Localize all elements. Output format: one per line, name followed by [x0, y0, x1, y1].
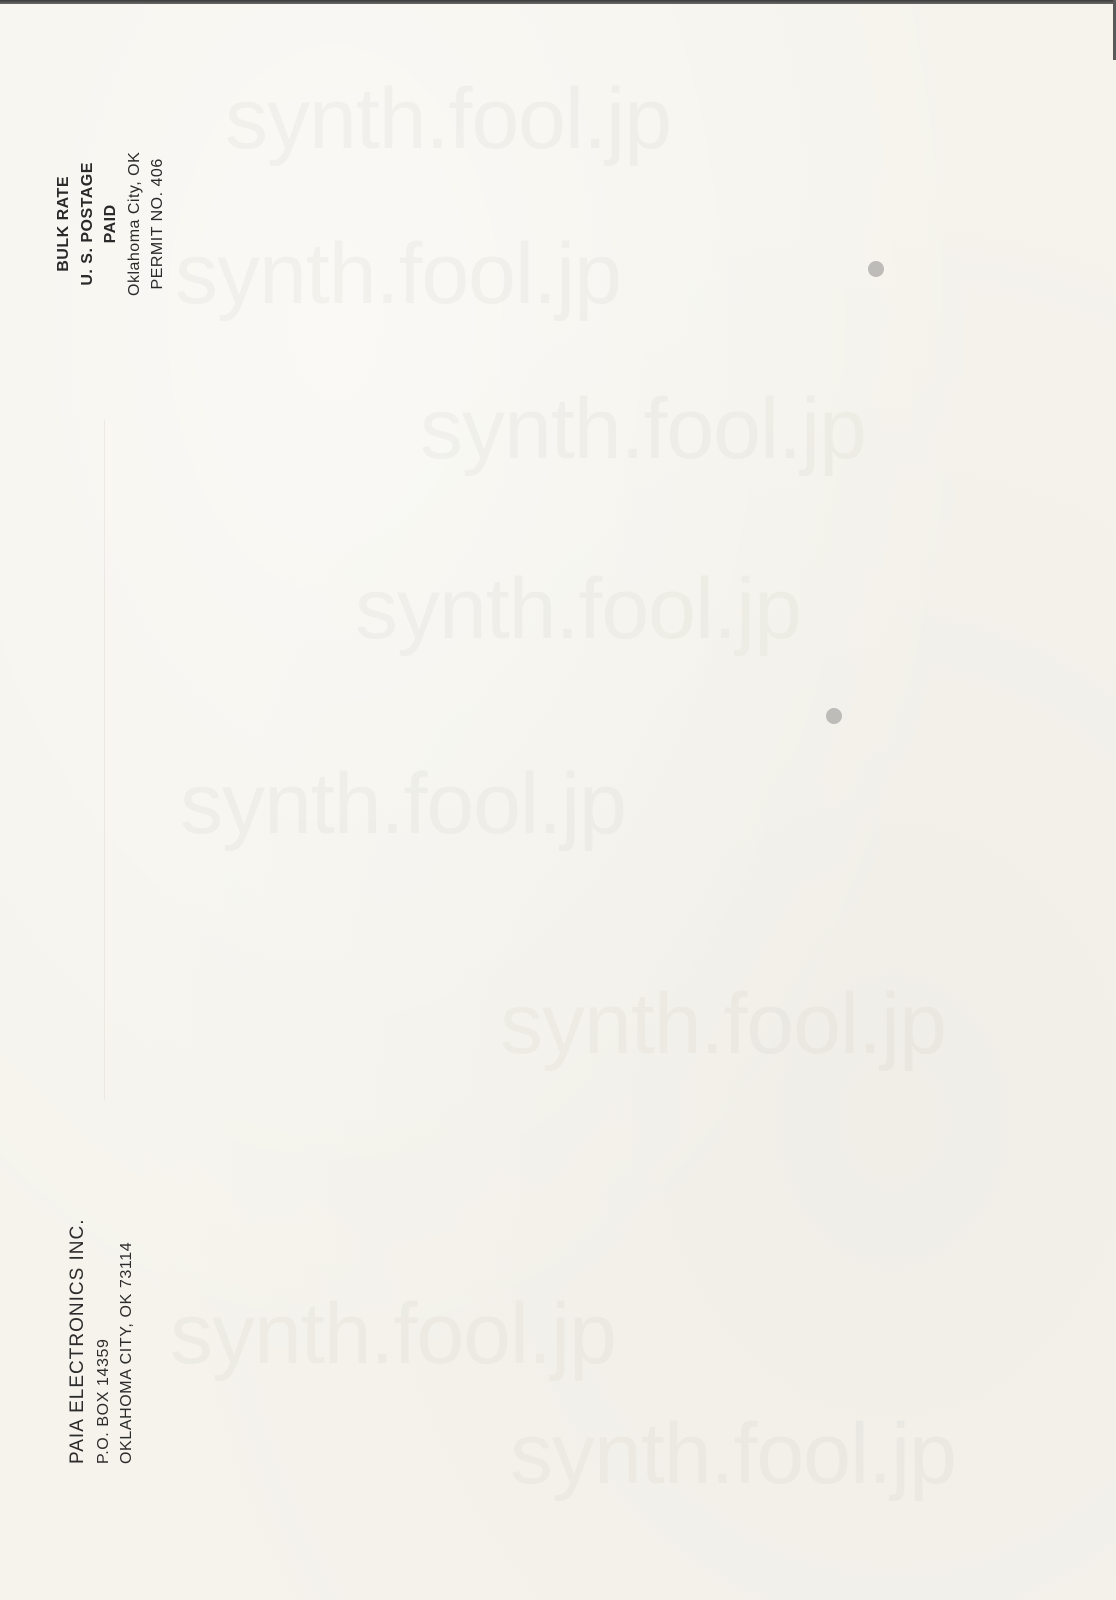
mailer-back-cover: synth.fool.jp synth.fool.jp synth.fool.j… [0, 0, 1116, 1600]
indicia-line-city: Oklahoma City, OK [123, 152, 147, 296]
watermark: synth.fool.jp [175, 225, 621, 324]
watermark: synth.fool.jp [500, 975, 946, 1074]
top-edge-shadow [0, 0, 1116, 4]
return-address-city: OKLAHOMA CITY, OK 73114 [115, 1218, 138, 1464]
watermark: synth.fool.jp [420, 380, 866, 479]
punch-hole [868, 261, 884, 277]
indicia-line-bulk-rate: BULK RATE [52, 152, 76, 296]
return-address-po-box: P.O. BOX 14359 [92, 1218, 115, 1464]
watermark: synth.fool.jp [510, 1405, 956, 1504]
punch-hole [826, 708, 842, 724]
indicia-line-permit: PERMIT NO. 406 [146, 152, 170, 296]
return-address: PAIA ELECTRONICS INC. P.O. BOX 14359 OKL… [64, 1218, 138, 1464]
watermark: synth.fool.jp [225, 70, 671, 169]
fold-line [104, 420, 105, 1100]
return-address-company: PAIA ELECTRONICS INC. [64, 1218, 92, 1464]
indicia-line-postage: U. S. POSTAGE [76, 152, 100, 296]
indicia-line-paid: PAID [99, 152, 123, 296]
watermark: synth.fool.jp [170, 1285, 616, 1384]
watermark: synth.fool.jp [355, 560, 801, 659]
watermark: synth.fool.jp [180, 755, 626, 854]
postage-indicia: BULK RATE U. S. POSTAGE PAID Oklahoma Ci… [52, 152, 170, 296]
